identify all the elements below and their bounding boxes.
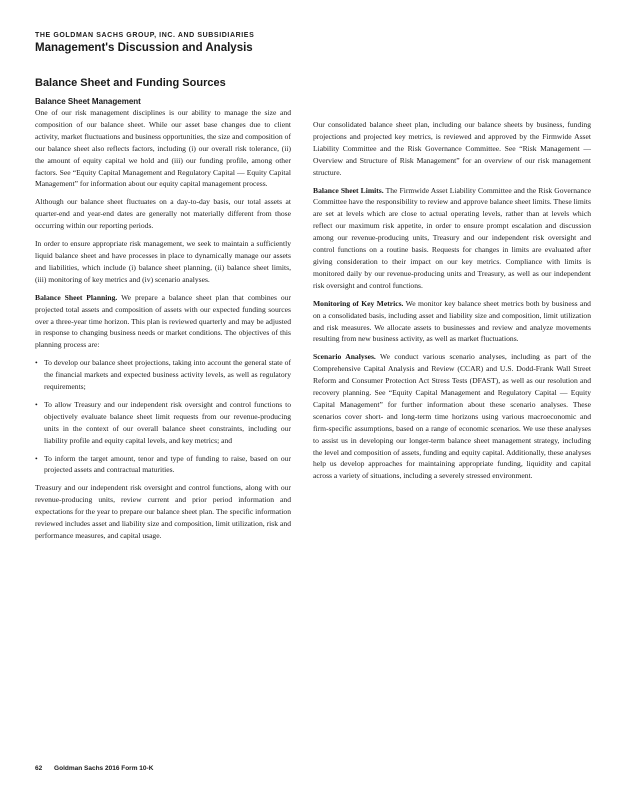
section-title: Balance Sheet and Funding Sources <box>35 77 226 89</box>
company-name: The Goldman Sachs Group, Inc. and Subsid… <box>35 31 595 40</box>
page-header: The Goldman Sachs Group, Inc. and Subsid… <box>35 31 595 55</box>
paragraph-lead: Scenario Analyses. <box>313 352 376 361</box>
subsection-heading: Balance Sheet Management <box>35 96 291 107</box>
paragraph-body: We conduct various scenario analyses, in… <box>313 352 591 480</box>
paragraph-lead: Balance Sheet Planning. <box>35 293 117 302</box>
page-number: 62 <box>35 765 42 772</box>
paragraph: In order to ensure appropriate risk mana… <box>35 238 291 286</box>
paragraph: One of our risk management disciplines i… <box>35 107 291 190</box>
list-item-text: To inform the target amount, tenor and t… <box>44 454 291 475</box>
left-column: Balance Sheet Management One of our risk… <box>35 96 291 548</box>
paragraph-lead: Balance Sheet Limits. <box>313 186 384 195</box>
bullet-icon: • <box>35 399 38 411</box>
paragraph: Balance Sheet Limits. The Firmwide Asset… <box>313 185 591 292</box>
list-item: •To develop our balance sheet projection… <box>35 357 291 393</box>
paragraph: Treasury and our independent risk oversi… <box>35 482 291 542</box>
list-item: •To inform the target amount, tenor and … <box>35 453 291 477</box>
page-footer: 62 Goldman Sachs 2016 Form 10-K <box>35 765 153 772</box>
paragraph: Our consolidated balance sheet plan, inc… <box>313 119 591 179</box>
list-item: •To allow Treasury and our independent r… <box>35 399 291 447</box>
list-item-text: To allow Treasury and our independent ri… <box>44 400 291 445</box>
objectives-list: •To develop our balance sheet projection… <box>35 357 291 476</box>
paragraph: Balance Sheet Planning. We prepare a bal… <box>35 292 291 352</box>
paragraph-body: The Firmwide Asset Liability Committee a… <box>313 186 591 290</box>
paragraph: Monitoring of Key Metrics. We monitor ke… <box>313 298 591 346</box>
paragraph: Although our balance sheet fluctuates on… <box>35 196 291 232</box>
right-column: Our consolidated balance sheet plan, inc… <box>313 119 591 488</box>
publication-name: Goldman Sachs 2016 Form 10-K <box>54 765 153 772</box>
bullet-icon: • <box>35 453 38 465</box>
paragraph-lead: Monitoring of Key Metrics. <box>313 299 403 308</box>
paragraph: Scenario Analyses. We conduct various sc… <box>313 351 591 482</box>
document-title: Management's Discussion and Analysis <box>35 41 595 55</box>
list-item-text: To develop our balance sheet projections… <box>44 358 291 391</box>
bullet-icon: • <box>35 357 38 369</box>
